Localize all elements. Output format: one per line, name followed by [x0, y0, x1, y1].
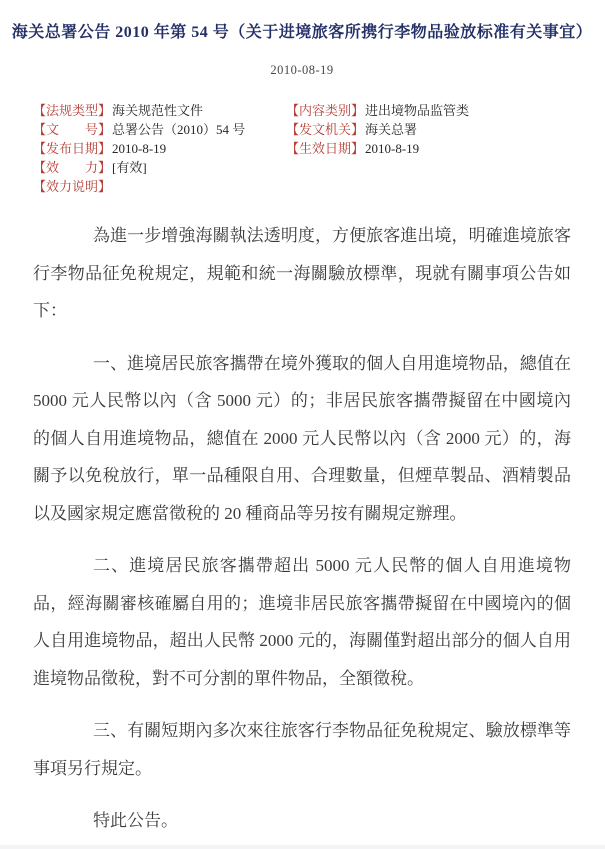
meta-row-document-number: 【文 号】总署公告（2010）54 号 [33, 120, 286, 139]
meta-row-validity-note: 【效力说明】 [33, 177, 286, 196]
meta-label: 【效力说明】 [33, 179, 111, 194]
meta-label: 【内容类别】 [286, 103, 364, 118]
metadata-left-column: 【法规类型】海关规范性文件 【文 号】总署公告（2010）54 号 【发布日期】… [33, 101, 286, 196]
meta-value: 2010-8-19 [365, 141, 419, 156]
meta-label: 【法规类型】 [33, 103, 111, 118]
meta-value: [有效] [112, 160, 147, 175]
meta-label: 【效 力】 [33, 160, 111, 175]
meta-value: 海关规范性文件 [112, 103, 203, 118]
paragraph-closing: 特此公告。 [33, 802, 571, 840]
paragraph-item-3: 三、有關短期內多次來往旅客行李物品征免稅規定、驗放標準等事項另行規定。 [33, 712, 571, 787]
meta-value: 海关总署 [365, 122, 417, 137]
meta-value: 总署公告（2010）54 号 [112, 122, 245, 137]
document-title: 海关总署公告 2010 年第 54 号（关于进境旅客所携行李物品验放标准有关事宜… [7, 22, 597, 44]
meta-label: 【文 号】 [33, 122, 111, 137]
meta-row-content-category: 【内容类别】进出境物品监管类 [286, 101, 571, 120]
document-body: 為進一步增強海關執法透明度，方便旅客進出境，明確進境旅客行李物品征免稅規定，規範… [33, 217, 571, 840]
meta-label: 【发布日期】 [33, 141, 111, 156]
metadata-section: 【法规类型】海关规范性文件 【文 号】总署公告（2010）54 号 【发布日期】… [33, 101, 571, 196]
meta-row-regulation-type: 【法规类型】海关规范性文件 [33, 101, 286, 120]
page-bottom-edge [0, 845, 605, 849]
meta-value: 2010-8-19 [112, 141, 166, 156]
meta-value: 进出境物品监管类 [365, 103, 469, 118]
meta-row-issuing-agency: 【发文机关】海关总署 [286, 120, 571, 139]
meta-row-effective-date: 【生效日期】2010-8-19 [286, 139, 571, 158]
document-page: 海关总署公告 2010 年第 54 号（关于进境旅客所携行李物品验放标准有关事宜… [0, 0, 605, 849]
paragraph-item-1: 一、進境居民旅客攜帶在境外獲取的個人自用進境物品，總值在 5000 元人民幣以內… [33, 345, 571, 533]
meta-row-publish-date: 【发布日期】2010-8-19 [33, 139, 286, 158]
paragraph-intro: 為進一步增強海關執法透明度，方便旅客進出境，明確進境旅客行李物品征免稅規定，規範… [33, 217, 571, 330]
meta-label: 【发文机关】 [286, 122, 364, 137]
meta-row-validity: 【效 力】[有效] [33, 158, 286, 177]
meta-label: 【生效日期】 [286, 141, 364, 156]
paragraph-item-2: 二、進境居民旅客攜帶超出 5000 元人民幣的個人自用進境物品，經海關審核確屬自… [33, 547, 571, 697]
metadata-right-column: 【内容类别】进出境物品监管类 【发文机关】海关总署 【生效日期】2010-8-1… [286, 101, 571, 196]
document-date: 2010-08-19 [33, 63, 571, 78]
